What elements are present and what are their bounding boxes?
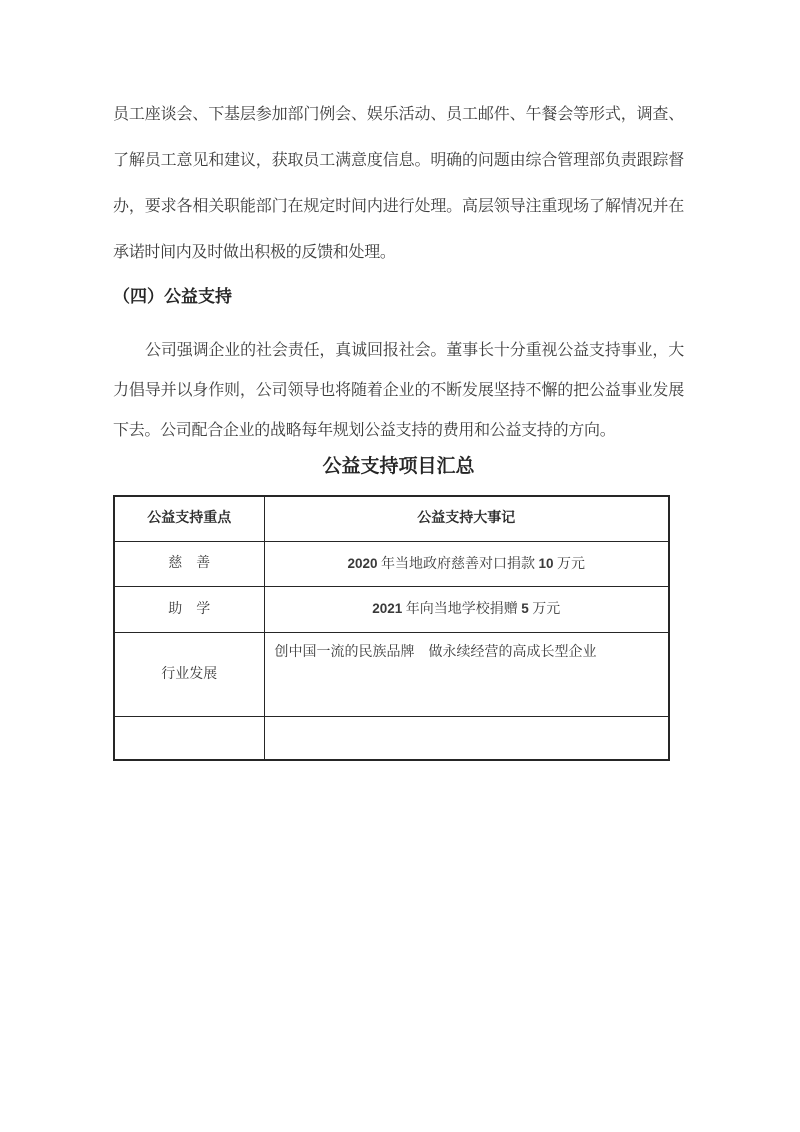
- table-header-focus: 公益支持重点: [114, 496, 264, 542]
- table-row-empty: [114, 717, 669, 761]
- focus-cell-industry: 行业发展: [114, 633, 264, 717]
- table-header-row: 公益支持重点 公益支持大事记: [114, 496, 669, 542]
- focus-cell-empty: [114, 717, 264, 761]
- table-row-industry: 行业发展 创中国一流的民族品牌 做永续经营的高成长型企业: [114, 633, 669, 717]
- document-page: 员工座谈会、下基层参加部门例会、娱乐活动、员工邮件、午餐会等形式，调查、了解员工…: [0, 0, 800, 1132]
- table-row-education: 助 学 2021 年向当地学校捐赠 5 万元: [114, 587, 669, 633]
- focus-cell-education: 助 学: [114, 587, 264, 633]
- document-content: 员工座谈会、下基层参加部门例会、娱乐活动、员工邮件、午餐会等形式，调查、了解员工…: [113, 0, 684, 761]
- section-heading: （四）公益支持: [113, 284, 684, 310]
- focus-cell-charity: 慈 善: [114, 542, 264, 587]
- body-paragraph-top: 员工座谈会、下基层参加部门例会、娱乐活动、员工邮件、午餐会等形式，调查、了解员工…: [113, 92, 684, 276]
- event-cell-education: 2021 年向当地学校捐赠 5 万元: [264, 587, 669, 633]
- table-title: 公益支持项目汇总: [113, 453, 684, 481]
- table-header-events: 公益支持大事记: [264, 496, 669, 542]
- table-row-charity: 慈 善 2020 年当地政府慈善对口捐款 10 万元: [114, 542, 669, 587]
- event-cell-industry: 创中国一流的民族品牌 做永续经营的高成长型企业: [264, 633, 669, 717]
- event-cell-empty: [264, 717, 669, 761]
- public-welfare-summary-table: 公益支持重点 公益支持大事记 慈 善 2020 年当地政府慈善对口捐款 10 万…: [113, 495, 670, 761]
- body-paragraph-main: 公司强调企业的社会责任，真诚回报社会。董事长十分重视公益支持事业，大力倡导并以身…: [113, 331, 684, 451]
- event-cell-charity: 2020 年当地政府慈善对口捐款 10 万元: [264, 542, 669, 587]
